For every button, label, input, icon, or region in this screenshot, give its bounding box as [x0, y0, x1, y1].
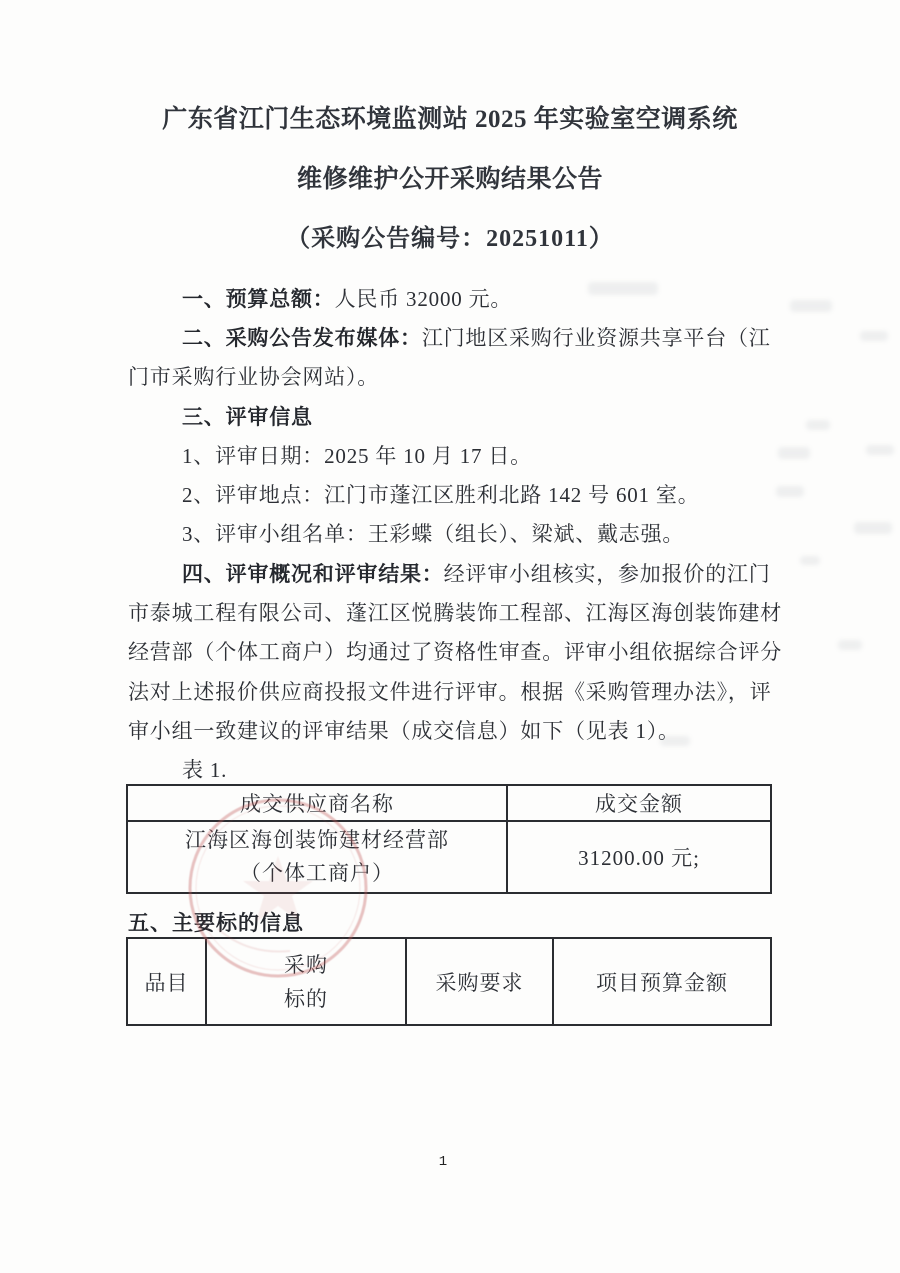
bleed-through-mark: [866, 445, 894, 455]
page-number: 1: [418, 1154, 468, 1170]
table1-header-supplier: 成交供应商名称: [128, 786, 508, 822]
table1-amount-cell: 31200.00 元;: [508, 822, 770, 892]
body-line: 三、评审信息: [128, 396, 776, 435]
bleed-through-mark: [790, 300, 832, 312]
bleed-through-mark: [778, 447, 810, 459]
body-line: 门市采购行业协会网站）。: [128, 357, 776, 396]
bleed-through-mark: [806, 420, 830, 430]
bleed-through-mark: [776, 486, 804, 497]
table2-header-target: 采购 标的: [207, 939, 407, 1024]
award-result-table: 成交供应商名称 成交金额 江海区海创装饰建材经营部 （个体工商户） 31200.…: [126, 784, 772, 894]
body-line: 1、评审日期：2025 年 10 月 17 日。: [128, 435, 776, 474]
body-line: 2、评审地点：江门市蓬江区胜利北路 142 号 601 室。: [128, 474, 776, 513]
body-line: 审小组一致建议的评审结果（成交信息）如下（见表 1）。: [128, 710, 776, 749]
table1-header-amount: 成交金额: [508, 786, 770, 822]
subject-info-table: 品目 采购 标的 采购要求 项目预算金额: [126, 937, 772, 1026]
body-text: 一、预算总额：人民币 32000 元。 二、采购公告发布媒体：江门地区采购行业资…: [128, 278, 776, 789]
body-line: 四、评审概况和评审结果：经评审小组核实，参加报价的江门: [128, 553, 776, 592]
table1-caption: 表 1.: [128, 750, 776, 789]
body-line: 市泰城工程有限公司、蓬江区悦腾装饰工程部、江海区海创装饰建材: [128, 592, 776, 631]
table2-header-requirement: 采购要求: [407, 939, 554, 1024]
body-line: 经营部（个体工商户）均通过了资格性审查。评审小组依据综合评分: [128, 632, 776, 671]
document-title-line-1: 广东省江门生态环境监测站 2025 年实验室空调系统: [0, 99, 900, 127]
bleed-through-mark: [800, 556, 820, 565]
body-line: 二、采购公告发布媒体：江门地区采购行业资源共享平台（江: [128, 317, 776, 356]
table2-header-item: 品目: [128, 939, 207, 1024]
table2-header-budget: 项目预算金额: [554, 939, 770, 1024]
table1-supplier-cell: 江海区海创装饰建材经营部 （个体工商户）: [128, 822, 508, 892]
document-title-line-2: 维修维护公开采购结果公告: [0, 159, 900, 187]
bleed-through-mark: [860, 331, 888, 341]
body-line: 3、评审小组名单：王彩蝶（组长）、梁斌、戴志强。: [128, 514, 776, 553]
body-line: 一、预算总额：人民币 32000 元。: [128, 278, 776, 317]
document-page: 广东省江门生态环境监测站 2025 年实验室空调系统 维修维护公开采购结果公告 …: [0, 0, 900, 1273]
body-line: 法对上述报价供应商投报文件进行评审。根据《采购管理办法》，评: [128, 671, 776, 710]
bleed-through-mark: [854, 522, 892, 534]
bleed-through-mark: [838, 640, 862, 650]
section5-heading: 五、主要标的信息: [128, 909, 304, 935]
announcement-number: （采购公告编号：20251011）: [0, 218, 900, 246]
